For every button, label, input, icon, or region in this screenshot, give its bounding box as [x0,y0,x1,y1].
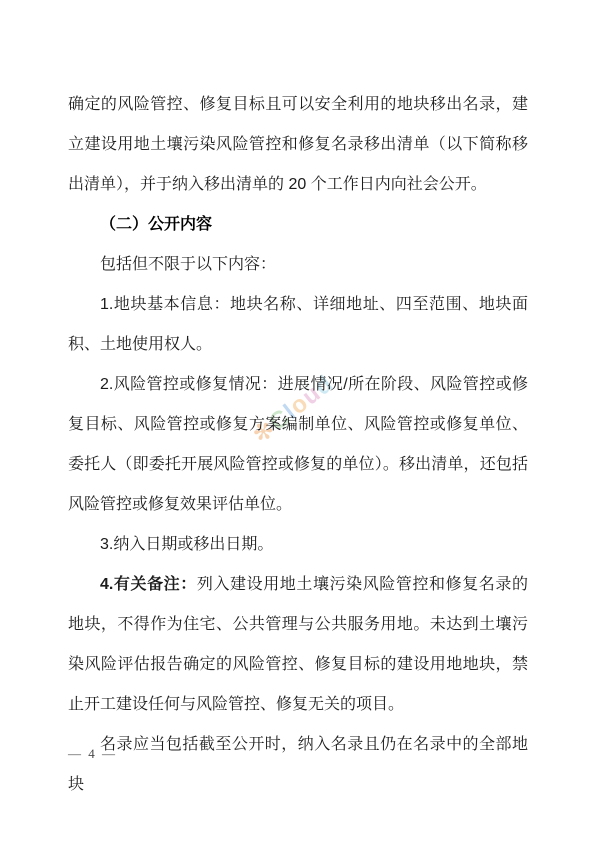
paragraph-item-1-basic-info: 1.地块基本信息：地块名称、详细地址、四至范围、地块面积、土地使用权人。 [68,285,528,365]
paragraph-continuation: 确定的风险管控、修复目标且可以安全利用的地块移出名录，建立建设用地土壤污染风险管… [68,85,528,205]
paragraph-item-2-risk-control-status: 2.风险管控或修复情况：进展情况/所在阶段、风险管控或修复目标、风险管控或修复方… [68,365,528,525]
paragraph-catalog-scope: 名录应当包括截至公开时，纳入名录且仍在名录中的全部地块 [68,725,528,805]
page-number: — 4 — [68,746,117,762]
document-body: 确定的风险管控、修复目标且可以安全利用的地块移出名录，建立建设用地土壤污染风险管… [68,85,528,805]
paragraph-item-3-dates: 3.纳入日期或移出日期。 [68,525,528,565]
paragraph-intro: 包括但不限于以下内容： [68,245,528,285]
paragraph-item-4-remarks: 4.有关备注：列入建设用地土壤污染风险管控和修复名录的地块，不得作为住宅、公共管… [68,565,528,725]
section-heading-public-content: （二）公开内容 [68,205,528,245]
document-page: ✻Cloud 确定的风险管控、修复目标且可以安全利用的地块移出名录，建立建设用地… [0,0,595,841]
paragraph-item-4-text: 列入建设用地土壤污染风险管控和修复名录的地块，不得作为住宅、公共管理与公共服务用… [68,576,528,713]
paragraph-item-4-label: 4.有关备注： [100,576,197,593]
